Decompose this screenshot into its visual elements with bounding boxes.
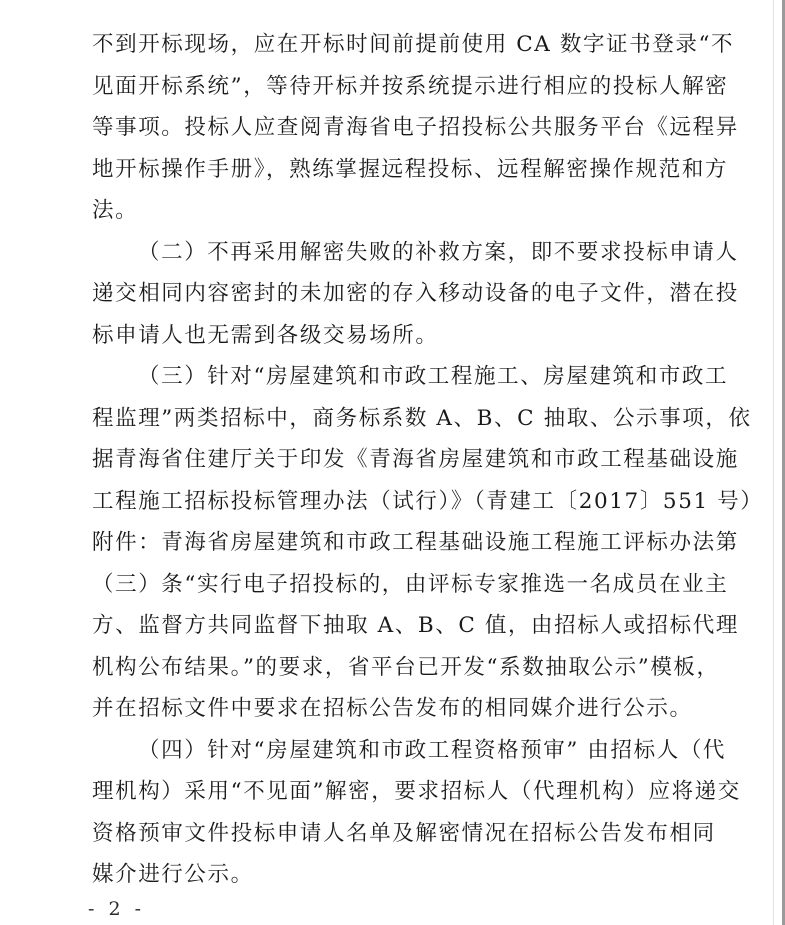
text-line: 据青海省住建厅关于印发《青海省房屋建筑和市政工程基础设施 bbox=[92, 439, 710, 481]
text-line: 递交相同内容密封的未加密的存入移动设备的电子文件，潜在投 bbox=[92, 273, 710, 315]
text-line: 机构公布结果。”的要求，省平台已开发“系数抽取公示”模板， bbox=[92, 647, 710, 689]
text-line: 并在招标文件中要求在招标公告发布的相同媒介进行公示。 bbox=[92, 688, 710, 730]
text-line: （四）针对“房屋建筑和市政工程资格预审” 由招标人（代 bbox=[92, 730, 710, 772]
document-body: 不到开标现场，应在开标时间前提前使用 CA 数字证书登录“不 见面开标系统”，等… bbox=[92, 24, 714, 896]
scan-edge-line bbox=[773, 0, 774, 925]
text-line: 法。 bbox=[92, 190, 710, 232]
text-line: 媒介进行公示。 bbox=[92, 854, 710, 896]
text-line: 见面开标系统”，等待开标并按系统提示进行相应的投标人解密 bbox=[92, 66, 710, 108]
document-page: 不到开标现场，应在开标时间前提前使用 CA 数字证书登录“不 见面开标系统”，等… bbox=[0, 0, 785, 925]
text-line: 资格预审文件投标申请人名单及解密情况在招标公告发布相同 bbox=[92, 813, 710, 855]
text-line: （二）不再采用解密失败的补救方案，即不要求投标申请人 bbox=[92, 232, 710, 274]
text-line: 理机构）采用“不见面”解密，要求招标人（代理机构）应将递交 bbox=[92, 771, 710, 813]
text-line: （三）针对“房屋建筑和市政工程施工、房屋建筑和市政工 bbox=[92, 356, 710, 398]
paragraph-continuation: 不到开标现场，应在开标时间前提前使用 CA 数字证书登录“不 见面开标系统”，等… bbox=[92, 24, 714, 232]
paragraph-item-2: （二）不再采用解密失败的补救方案，即不要求投标申请人 递交相同内容密封的未加密的… bbox=[92, 232, 714, 357]
text-line: （三）条“实行电子招投标的，由评标专家推选一名成员在业主 bbox=[92, 564, 710, 606]
text-line: 地开标操作手册》，熟练掌握远程投标、远程解密操作规范和方 bbox=[92, 149, 710, 191]
text-line: 不到开标现场，应在开标时间前提前使用 CA 数字证书登录“不 bbox=[92, 24, 710, 66]
text-line: 标申请人也无需到各级交易场所。 bbox=[92, 315, 710, 357]
text-line: 程监理”两类招标中，商务标系数 A、B、C 抽取、公示事项，依 bbox=[92, 398, 710, 440]
page-number: - 2 - bbox=[88, 897, 145, 921]
paragraph-item-4: （四）针对“房屋建筑和市政工程资格预审” 由招标人（代 理机构）采用“不见面”解… bbox=[92, 730, 714, 896]
text-line: 附件：青海省房屋建筑和市政工程基础设施工程施工评标办法第 bbox=[92, 522, 710, 564]
text-line: 等事项。投标人应查阅青海省电子招投标公共服务平台《远程异 bbox=[92, 107, 710, 149]
text-line: 工程施工招标投标管理办法（试行）》（青建工〔2017〕551 号） bbox=[92, 481, 710, 523]
paragraph-item-3: （三）针对“房屋建筑和市政工程施工、房屋建筑和市政工 程监理”两类招标中，商务标… bbox=[92, 356, 714, 730]
text-line: 方、监督方共同监督下抽取 A、B、C 值，由招标人或招标代理 bbox=[92, 605, 710, 647]
